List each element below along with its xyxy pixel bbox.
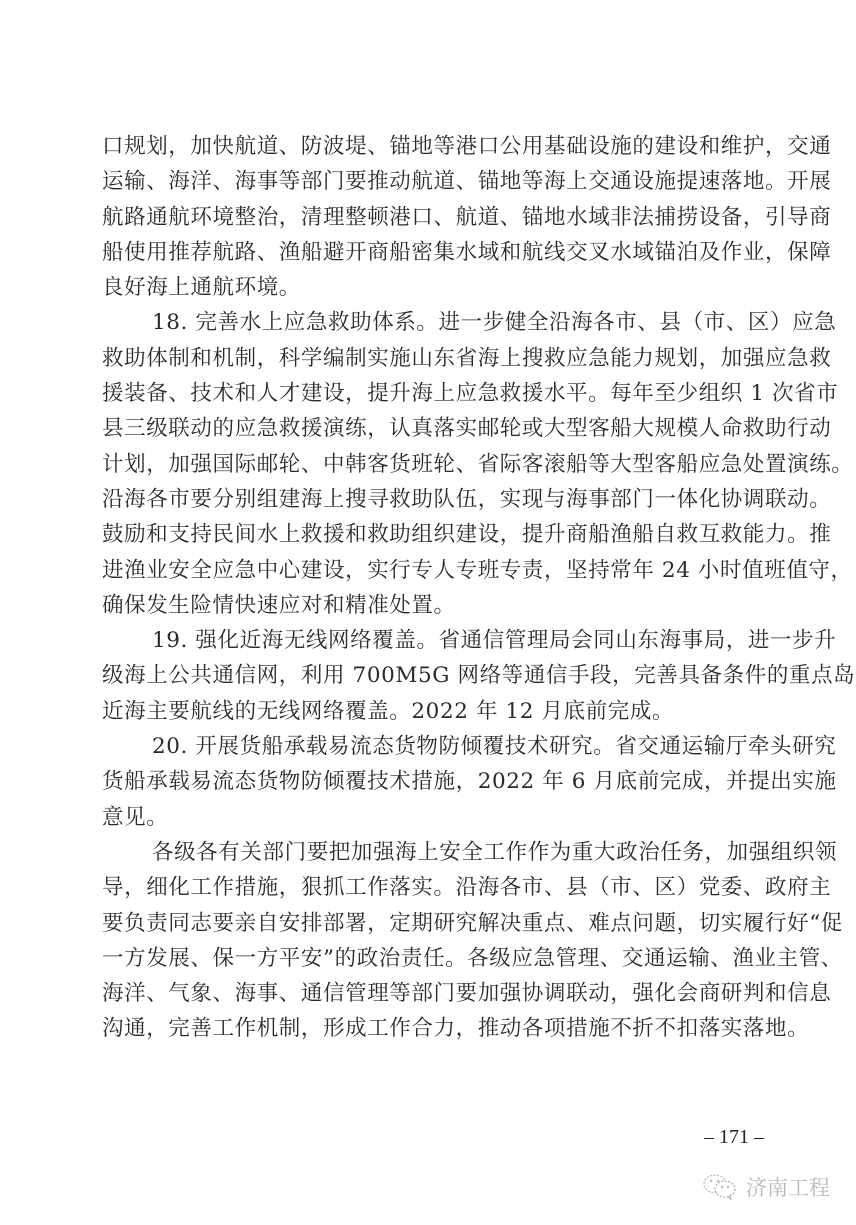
text-line: 航路通航环境整治，清理整顿港口、航道、锚地水域非法捕捞设备，引导商 — [102, 200, 764, 235]
text-line: 导，细化工作措施，狠抓工作落实。沿海各市、县（市、区）党委、政府主 — [102, 870, 764, 905]
text-line: 意见。 — [102, 800, 764, 835]
text-line: 沿海各市要分别组建海上搜寻救助队伍，实现与海事部门一体化协调联动。 — [102, 482, 764, 517]
text-line: 确保发生险情快速应对和精准处置。 — [102, 588, 764, 623]
text-line: 19. 强化近海无线网络覆盖。省通信管理局会同山东海事局，进一步升 — [102, 623, 764, 658]
text-line: 沟通，完善工作机制，形成工作合力，推动各项措施不折不扣落实落地。 — [102, 1011, 764, 1046]
text-line: 一方发展、保一方平安”的政治责任。各级应急管理、交通运输、渔业主管、 — [102, 941, 764, 976]
text-line: 海洋、气象、海事、通信管理等部门要加强协调联动，强化会商研判和信息 — [102, 976, 764, 1011]
watermark-label: 济南工程 — [746, 1172, 830, 1202]
text-line: 级海上公共通信网，利用 700M5G 网络等通信手段，完善具备条件的重点岛屿、 — [102, 658, 764, 693]
text-line: 各级各有关部门要把加强海上安全工作作为重大政治任务，加强组织领 — [102, 835, 764, 870]
text-line: 计划，加强国际邮轮、中韩客货班轮、省际客滚船等大型客船应急处置演练。 — [102, 447, 764, 482]
text-line: 鼓励和支持民间水上救援和救助组织建设，提升商船渔船自救互救能力。推 — [102, 517, 764, 552]
text-line: 要负责同志要亲自安排部署，定期研究解决重点、难点问题，切实履行好“促 — [102, 906, 764, 941]
text-line: 20. 开展货船承载易流态货物防倾覆技术研究。省交通运输厅牵头研究 — [102, 729, 764, 764]
page-number: – 171 – — [704, 1126, 764, 1149]
text-line: 近海主要航线的无线网络覆盖。2022 年 12 月底前完成。 — [102, 694, 764, 729]
text-line: 口规划，加快航道、防波堤、锚地等港口公用基础设施的建设和维护，交通 — [102, 129, 764, 164]
text-line: 援装备、技术和人才建设，提升海上应急救援水平。每年至少组织 1 次省市 — [102, 376, 764, 411]
text-line: 货船承载易流态货物防倾覆技术措施，2022 年 6 月底前完成，并提出实施 — [102, 764, 764, 799]
text-line: 船使用推荐航路、渔船避开商船密集水域和航线交叉水域锚泊及作业，保障 — [102, 235, 764, 270]
text-line: 救助体制和机制，科学编制实施山东省海上搜救应急能力规划，加强应急救 — [102, 341, 764, 376]
wechat-icon — [702, 1172, 738, 1202]
wechat-watermark: 济南工程 — [702, 1172, 830, 1202]
text-line: 县三级联动的应急救援演练，认真落实邮轮或大型客船大规模人命救助行动 — [102, 411, 764, 446]
text-line: 18. 完善水上应急救助体系。进一步健全沿海各市、县（市、区）应急 — [102, 305, 764, 340]
document-body: 口规划，加快航道、防波堤、锚地等港口公用基础设施的建设和维护，交通运输、海洋、海… — [102, 129, 764, 1047]
text-line: 良好海上通航环境。 — [102, 270, 764, 305]
text-line: 进渔业安全应急中心建设，实行专人专班专责，坚持常年 24 小时值班值守， — [102, 553, 764, 588]
text-line: 运输、海洋、海事等部门要推动航道、锚地等海上交通设施提速落地。开展 — [102, 164, 764, 199]
